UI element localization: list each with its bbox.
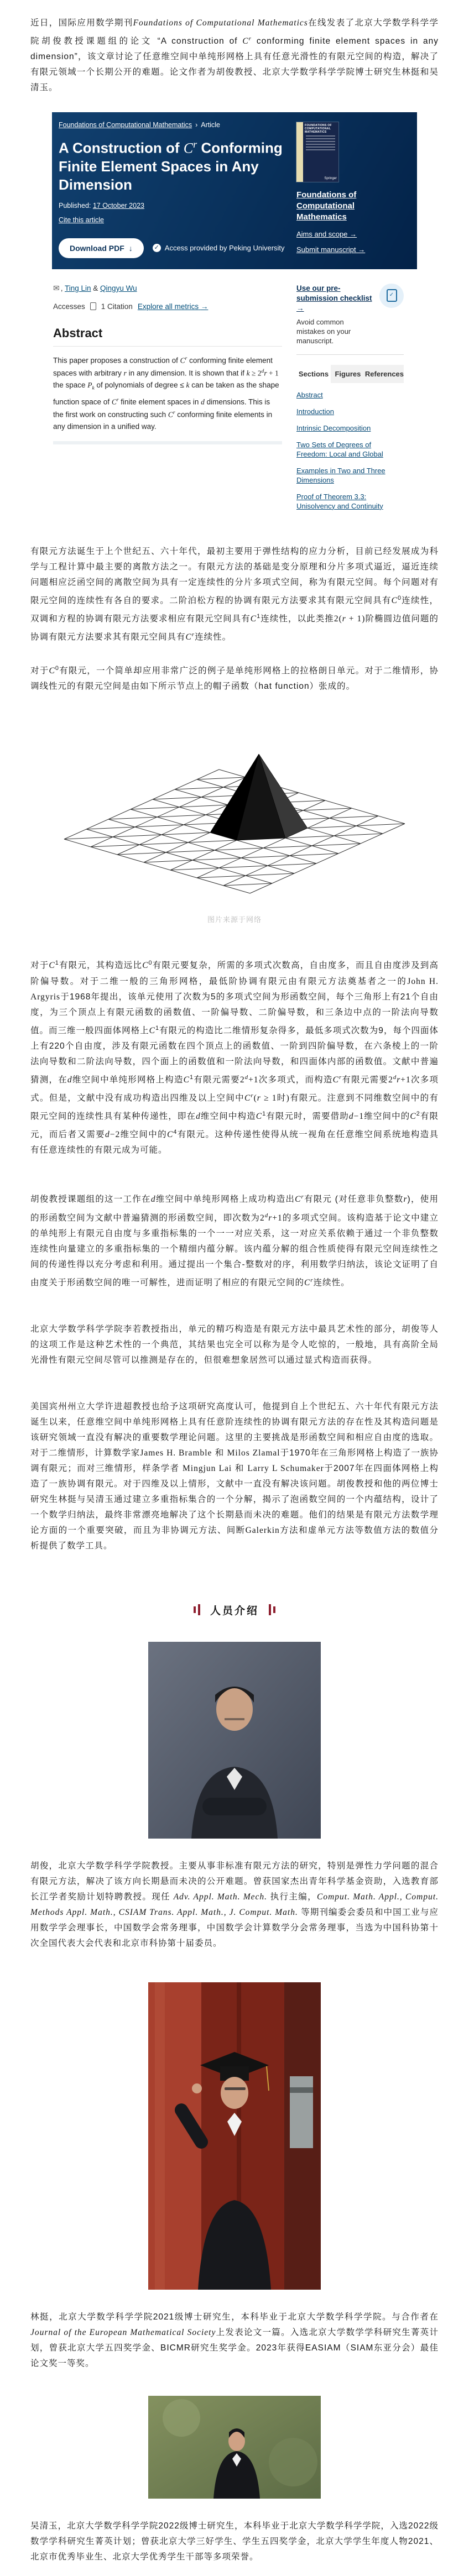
tab-sections[interactable]: Sections	[296, 365, 331, 383]
citation-icon	[90, 302, 96, 310]
journal-cover: FOUNDATIONS OFCOMPUTATIONALMATHEMATICS S…	[296, 122, 338, 182]
cover-decoration	[306, 138, 335, 139]
aims-and-scope-link[interactable]: Aims and scope →	[296, 230, 407, 238]
bio-lin-ting: 林挺，北京大学数学科学学院2021级博士研究生，本科毕业于北京大学数学科学学院。…	[30, 2310, 439, 2371]
accesses-label: Accesses	[53, 302, 85, 311]
bio-hu-jun: 胡俊，北京大学数学科学学院教授。主要从事非标准有限元方法的研究，特别是弹性力学问…	[30, 1858, 439, 1951]
publisher-logo-text: Springer	[305, 177, 337, 180]
cover-decoration	[306, 149, 335, 150]
cover-decoration	[306, 141, 335, 142]
section-link[interactable]: Abstract	[296, 390, 404, 400]
breadcrumb: Foundations of Computational Mathematics…	[59, 121, 285, 129]
sidebar-tabs: Sections Figures References	[296, 365, 404, 383]
check-icon: ✓	[153, 244, 161, 252]
cover-decoration	[306, 146, 335, 148]
arrow-icon: →	[201, 302, 209, 311]
mesh-pyramid-illustration	[58, 720, 411, 908]
title-math-c: C	[184, 140, 193, 156]
metrics-line: Accesses 1 Citation Explore all metrics …	[53, 302, 282, 311]
access-note: ✓Access provided by Peking University	[153, 244, 285, 252]
hat-function-figure: 图片来源于网络	[58, 720, 411, 924]
abstract-heading: Abstract	[53, 326, 282, 341]
submit-manuscript-link[interactable]: Submit manuscript →	[296, 245, 407, 254]
tab-references[interactable]: References	[365, 365, 404, 383]
article-page: 近日，国际应用数学期刊Foundations of Computational …	[0, 15, 469, 2565]
section-link[interactable]: Introduction	[296, 407, 404, 416]
breadcrumb-article: Article	[201, 121, 220, 129]
author-link[interactable]: Qingyu Wu	[100, 284, 137, 292]
section-link[interactable]: Examples in Two and Three Dimensions	[296, 466, 404, 485]
section-link[interactable]: Proof of Theorem 3.3: Unisolvency and Co…	[296, 492, 404, 511]
intro-paragraph: 近日，国际应用数学期刊Foundations of Computational …	[30, 15, 439, 96]
breadcrumb-journal-link[interactable]: Foundations of Computational Mathematics	[59, 121, 192, 129]
body-paragraph-5: 胡俊教授课题组的这一工作在d维空间中单纯形网格上成功构造出Cr有限元 (对任意非…	[30, 1189, 439, 1290]
journal-cover-title-line: MATHEMATICS	[305, 130, 337, 134]
tab-figures[interactable]: Figures	[331, 365, 365, 383]
photo-wu-qingyu	[148, 2396, 321, 2499]
springer-body: ✉, Ting Lin & Qingyu Wu Accesses 1 Citat…	[52, 269, 417, 513]
body-paragraph-2: 有限元方法诞生于上个世纪五、六十年代，最初主要用于弹性结构的应力分析，目前已经发…	[30, 544, 439, 645]
body-paragraph-6: 北京大学数学科学学院李若教授指出，单元的精巧构造是有限元方法中最具艺术性的部分，…	[30, 1322, 439, 1368]
email-icon: ✉	[53, 284, 60, 292]
people-section-title: 人员介绍	[210, 1605, 259, 1617]
springer-article-screenshot: Foundations of Computational Mathematics…	[52, 112, 417, 513]
author-link[interactable]: Ting Lin	[65, 284, 91, 292]
header-bars-right	[268, 1605, 277, 1615]
checklist-description: Avoid common mistakes on your manuscript…	[296, 317, 374, 345]
people-section-header: 人员介绍	[0, 1603, 469, 1617]
abstract-text: This paper proposes a construction of Cr…	[53, 346, 282, 444]
cover-decoration	[306, 135, 335, 137]
download-icon: ↓	[129, 244, 133, 253]
bio-wu-qingyu: 吴清玉，北京大学数学科学学院2022级博士研究生，本科毕业于北京大学数学科学学院…	[30, 2519, 439, 2565]
springer-header: Foundations of Computational Mathematics…	[52, 112, 417, 269]
cite-this-article-link[interactable]: Cite this article	[59, 216, 104, 224]
published-date[interactable]: 17 October 2023	[93, 202, 144, 210]
body-paragraph-4: 对于C1有限元，其构造远比C0有限元要复杂，所需的多项式次数高，自由度多，而且自…	[30, 955, 439, 1158]
section-link[interactable]: Intrinsic Decomposition	[296, 423, 404, 433]
journal-cover-stripe	[296, 122, 303, 182]
citation-count: 1 Citation	[101, 302, 133, 311]
section-link[interactable]: Two Sets of Degrees of Freedom: Local an…	[296, 440, 404, 459]
cover-decoration	[306, 144, 335, 145]
clipboard-icon: ✓	[379, 284, 404, 308]
photo-lin-ting	[148, 1982, 321, 2290]
published-line: Published: 17 October 2023	[59, 202, 285, 210]
authors-line: ✉, Ting Lin & Qingyu Wu	[53, 284, 282, 293]
paper-title: A Construction of Cr Conforming Finite E…	[59, 135, 285, 194]
header-bars-left	[192, 1605, 201, 1615]
journal-home-link[interactable]: Foundations of Computational Mathematics	[296, 190, 402, 223]
photo-hu-jun	[148, 1642, 321, 1839]
checklist-link[interactable]: Use our pre-submission checklist →	[296, 284, 374, 313]
download-pdf-button[interactable]: Download PDF↓	[59, 238, 144, 258]
body-paragraph-3: 对于C0有限元，一个简单却应用非常广泛的例子是单纯形网格上的拉格朗日单元。对于二…	[30, 661, 439, 694]
body-paragraph-7: 美国宾州州立大学许进超教授也给予这项研究高度认可，他提到自上个世纪五、六十年代有…	[30, 1399, 439, 1554]
pre-submission-checklist-card: Use our pre-submission checklist → Avoid…	[296, 284, 404, 355]
explore-metrics-link[interactable]: Explore all metrics →	[138, 302, 209, 311]
breadcrumb-separator: ›	[195, 121, 197, 129]
figure-caption: 图片来源于网络	[58, 914, 411, 924]
section-links: AbstractIntroductionIntrinsic Decomposit…	[296, 390, 404, 511]
